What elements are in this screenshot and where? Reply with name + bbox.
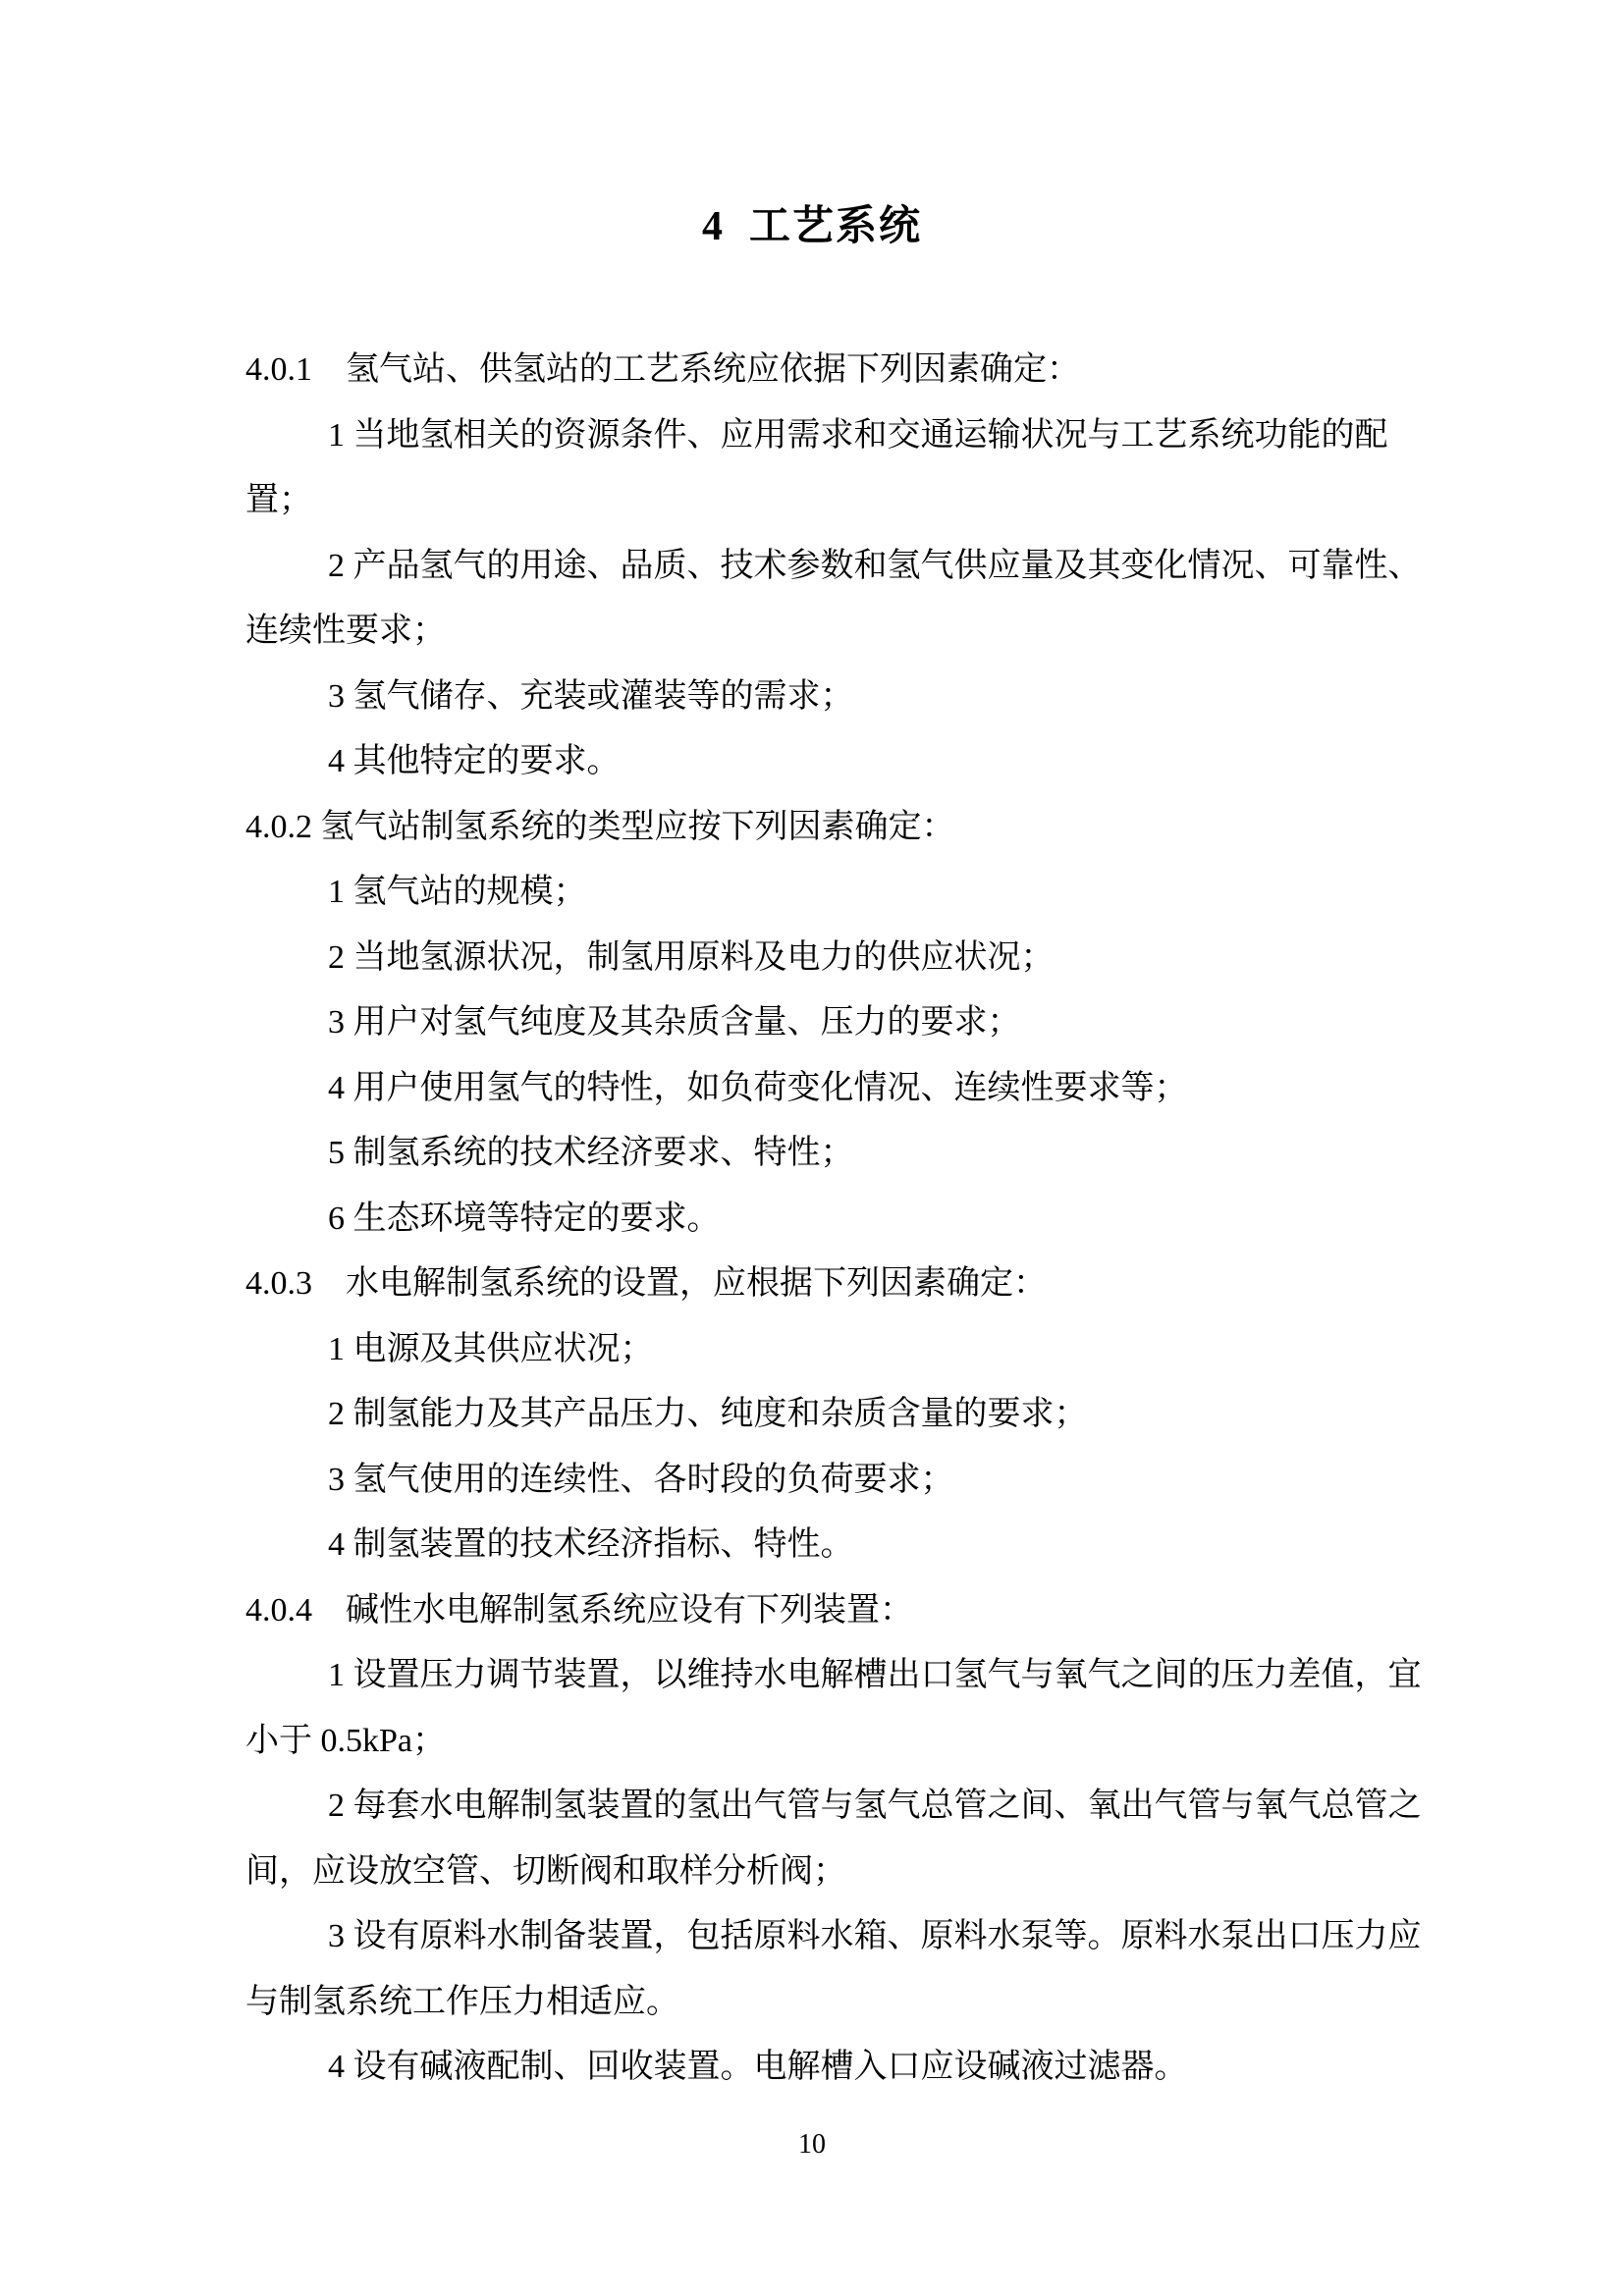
text-line-item: 1 当地氢相关的资源条件、应用需求和交通运输状况与工艺系统功能的配 [245,403,1394,469]
page-title: 4 工艺系统 [0,204,1624,249]
page-number: 10 [0,2120,1624,2169]
text-line-item: 2 每套水电解制氢装置的氢出气管与氢气总管之间、氧出气管与氧气总管之 [245,1774,1394,1840]
text-line-cont: 与制氢系统工作压力相适应。 [245,1970,1394,2036]
text-line-item: 1 电源及其供应状况； [245,1317,1394,1383]
text-line-item: 1 氢气站的规模； [245,860,1394,926]
text-line-item: 3 氢气使用的连续性、各时段的负荷要求； [245,1448,1394,1514]
text-line-item: 3 用户对氢气纯度及其杂质含量、压力的要求； [245,990,1394,1056]
text-line-cont: 小于 0.5kPa； [245,1709,1394,1775]
text-line-item: 1 设置压力调节装置，以维持水电解槽出口氢气与氧气之间的压力差值，宜 [245,1643,1394,1709]
text-line-head: 4.0.3 水电解制氢系统的设置，应根据下列因素确定： [245,1252,1394,1317]
text-line-item: 4 其他特定的要求。 [245,729,1394,795]
text-line-item: 4 设有碱液配制、回收装置。电解槽入口应设碱液过滤器。 [245,2035,1394,2101]
text-line-head: 4.0.1 氢气站、供氢站的工艺系统应依据下列因素确定： [245,338,1394,403]
text-line-item: 6 生态环境等特定的要求。 [245,1187,1394,1253]
text-line-item: 3 氢气储存、充装或灌装等的需求； [245,665,1394,730]
text-line-cont: 连续性要求； [245,599,1394,665]
text-line-cont: 间，应设放空管、切断阀和取样分析阀； [245,1840,1394,1905]
text-line-item: 2 当地氢源状况，制氢用原料及电力的供应状况； [245,926,1394,991]
text-line-item: 2 制氢能力及其产品压力、纯度和杂质含量的要求； [245,1382,1394,1448]
text-line-head: 4.0.2 氢气站制氢系统的类型应按下列因素确定： [245,795,1394,861]
text-line-item: 4 制氢装置的技术经济指标、特性。 [245,1513,1394,1578]
text-line-item: 3 设有原料水制备装置，包括原料水箱、原料水泵等。原料水泵出口压力应 [245,1904,1394,1970]
text-line-item: 5 制氢系统的技术经济要求、特性； [245,1121,1394,1187]
document-page: 4 工艺系统 4.0.1 氢气站、供氢站的工艺系统应依据下列因素确定：1 当地氢… [0,0,1624,2296]
text-line-item: 4 用户使用氢气的特性，如负荷变化情况、连续性要求等； [245,1056,1394,1122]
text-line-cont: 置； [245,468,1394,534]
text-line-item: 2 产品氢气的用途、品质、技术参数和氢气供应量及其变化情况、可靠性、 [245,534,1394,600]
text-line-head: 4.0.4 碱性水电解制氢系统应设有下列装置： [245,1578,1394,1644]
document-body: 4.0.1 氢气站、供氢站的工艺系统应依据下列因素确定：1 当地氢相关的资源条件… [245,338,1394,2101]
